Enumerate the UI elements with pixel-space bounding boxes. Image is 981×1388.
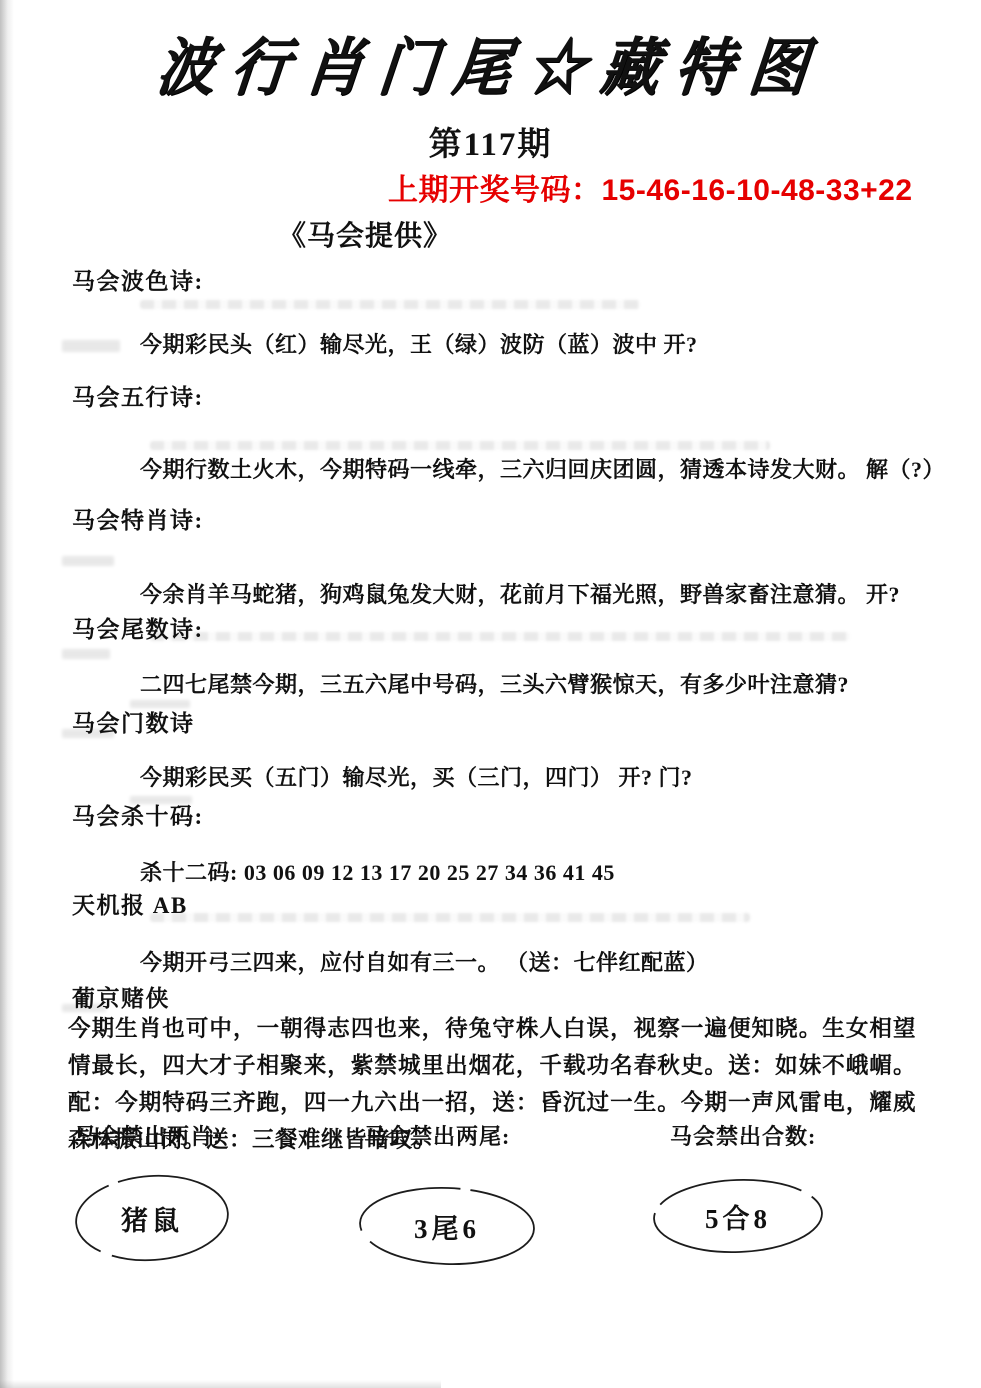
scan-smudge: [150, 632, 850, 641]
scan-edge-bottom: [0, 1380, 441, 1388]
forbid-value-sum: 5合8: [705, 1197, 771, 1236]
lottery-tip-sheet: 波行肖门尾☆藏特图 第117期 上期开奖号码：15-46-16-10-48-33…: [0, 0, 981, 1388]
scan-edge-left: [0, 0, 14, 1388]
scan-smudge: [62, 729, 114, 738]
last-draw-numbers: 15-46-16-10-48-33+22: [602, 174, 913, 207]
section-heading-texiao: 马会特肖诗:: [72, 502, 204, 535]
poem-menshu: 今期彩民买（五门）输尽光，买（三门，四门） 开? 门?: [140, 761, 693, 792]
forbid-label-tail: 马会禁出两尾:: [364, 1120, 510, 1151]
last-draw-label: 上期开奖号码：: [388, 174, 602, 207]
forbid-oval-sum: 5合8: [650, 1176, 826, 1256]
issue-number: 第117期: [0, 118, 981, 165]
scan-smudge: [62, 649, 110, 659]
scan-smudge: [150, 441, 770, 450]
forbid-oval-tail: 3尾6: [356, 1184, 538, 1268]
forbid-value-tail: 3尾6: [414, 1207, 480, 1246]
provider-title: 《马会提供》: [278, 214, 452, 254]
scan-smudge: [150, 913, 750, 922]
scan-smudge: [140, 300, 640, 309]
kill-numbers-line: 杀十二码: 03 06 09 12 13 17 20 25 27 34 36 4…: [140, 856, 615, 887]
forbid-value-zodiac: 猪鼠: [121, 1199, 183, 1238]
poem-bose: 今期彩民头（红）输尽光，王（绿）波防（蓝）波中 开?: [140, 328, 698, 359]
poem-weishu: 二四七尾禁今期，三五六尾中号码，三头六臂猴惊天，有多少叶注意猜?: [140, 668, 849, 699]
scan-smudge: [62, 1004, 106, 1012]
poem-wuxing: 今期行数土火木，今期特码一线牵，三六归回庆团圆，猜透本诗发大财。 解（?）: [140, 453, 945, 484]
last-draw-line: 上期开奖号码：15-46-16-10-48-33+22: [388, 165, 913, 209]
section-heading-bose: 马会波色诗:: [72, 263, 204, 296]
poem-texiao: 今余肖羊马蛇猪，狗鸡鼠兔发大财，花前月下福光照，野兽家畜注意猜。 开?: [140, 578, 900, 609]
scan-smudge: [130, 700, 190, 708]
scan-smudge: [62, 556, 114, 566]
forbid-oval-zodiac: 猪鼠: [72, 1172, 232, 1264]
forbid-label-zodiac: 马会禁出两肖:: [75, 1120, 221, 1151]
scan-smudge: [130, 796, 192, 804]
section-heading-wuxing: 马会五行诗:: [72, 379, 204, 412]
page-title: 波行肖门尾☆藏特图: [0, 17, 981, 108]
forbid-label-sum: 马会禁出合数:: [670, 1120, 816, 1151]
scan-smudge: [62, 340, 120, 352]
poem-tianji: 今期开弓三四来，应付自如有三一。 （送：七伴红配蓝）: [140, 946, 709, 977]
